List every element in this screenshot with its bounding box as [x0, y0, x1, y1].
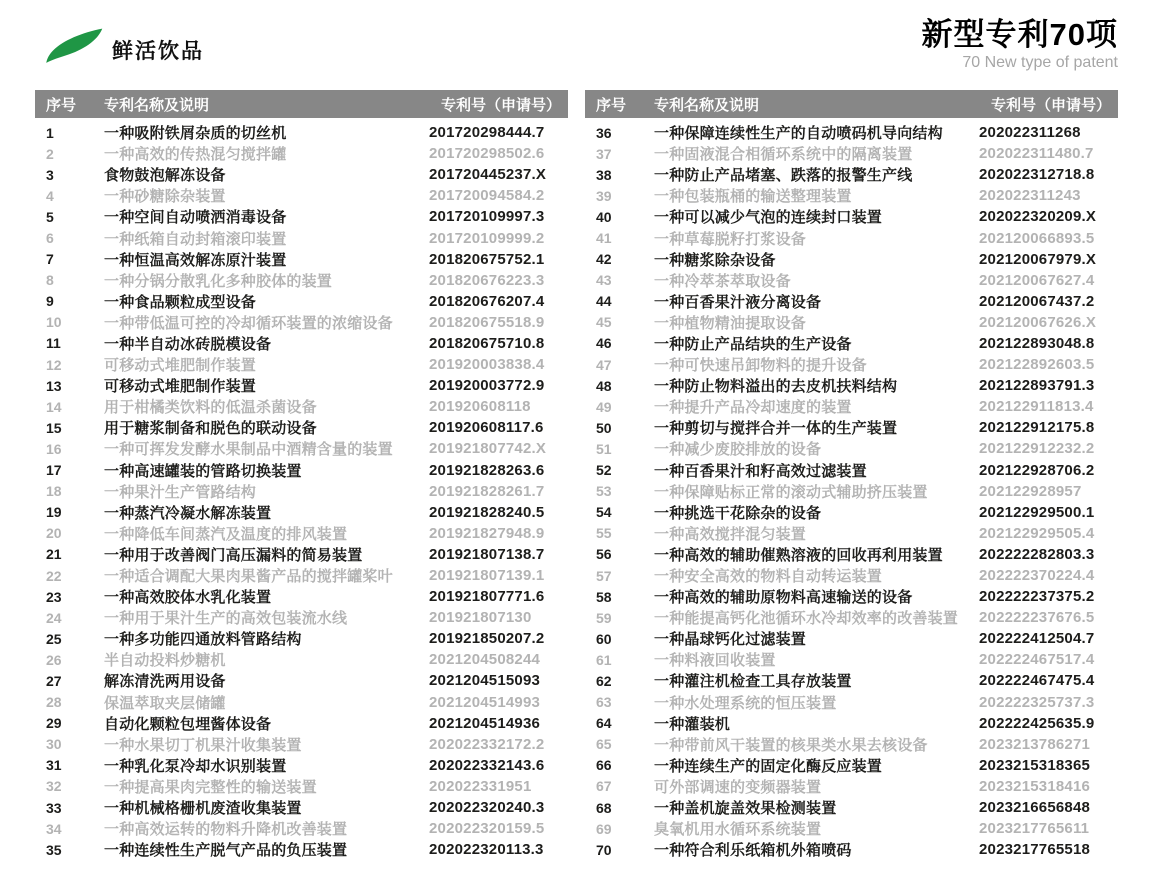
row-patent: 201921828263.6: [429, 462, 568, 479]
row-patent: 201720094584.2: [429, 187, 568, 204]
row-no: 34: [35, 821, 104, 837]
row-patent: 201921807139.1: [429, 567, 568, 584]
row-no: 7: [35, 251, 104, 267]
row-patent: 202222282803.3: [979, 546, 1118, 563]
row-patent: 202120067437.2: [979, 293, 1118, 310]
table-row: 30一种水果切丁机果汁收集装置202022332172.2: [35, 734, 568, 755]
row-patent: 201921828261.7: [429, 483, 568, 500]
row-patent: 2023215318416: [979, 778, 1118, 795]
row-no: 50: [585, 420, 654, 436]
row-patent: 201720298444.7: [429, 124, 568, 141]
row-no: 28: [35, 694, 104, 710]
row-name: 一种水处理系统的恒压装置: [654, 692, 979, 713]
table-row: 51一种减少废胶排放的设备202122912232.2: [585, 438, 1118, 459]
row-no: 37: [585, 146, 654, 162]
row-patent: 2023215318365: [979, 757, 1118, 774]
table-row: 6一种纸箱自动封箱滚印装置201720109999.2: [35, 227, 568, 248]
row-name: 一种分锅分散乳化多种胶体的装置: [104, 270, 429, 291]
row-no: 51: [585, 441, 654, 457]
row-name: 一种恒温高效解冻原汁装置: [104, 249, 429, 270]
row-name: 食物鼓泡解冻设备: [104, 164, 429, 185]
table-row: 70一种符合利乐纸箱机外箱喷码2023217765518: [585, 839, 1118, 860]
row-patent: 2023216656848: [979, 799, 1118, 816]
row-name: 一种果汁生产管路结构: [104, 481, 429, 502]
table-row: 25一种多功能四通放料管路结构201921850207.2: [35, 628, 568, 649]
row-no: 15: [35, 420, 104, 436]
row-no: 22: [35, 568, 104, 584]
row-no: 17: [35, 462, 104, 478]
title-block: 新型专利70项 70 New type of patent: [922, 18, 1118, 72]
table-row: 22一种适合调配大果肉果酱产品的搅拌罐桨叶201921807139.1: [35, 565, 568, 586]
table-row: 15用于糖浆制备和脱色的联动设备201920608117.6: [35, 417, 568, 438]
table-row: 7一种恒温高效解冻原汁装置201820675752.1: [35, 249, 568, 270]
row-no: 36: [585, 125, 654, 141]
row-patent: 202222237375.2: [979, 588, 1118, 605]
row-name: 可外部调速的变频器装置: [654, 776, 979, 797]
row-no: 25: [35, 631, 104, 647]
table-row: 57一种安全高效的物料自动转运装置202222370224.4: [585, 565, 1118, 586]
table-row: 68一种盖机旋盖效果检测装置2023216656848: [585, 797, 1118, 818]
row-patent: 202120067979.X: [979, 251, 1118, 268]
table-row: 45一种植物精油提取设备202120067626.X: [585, 312, 1118, 333]
row-name: 一种降低车间蒸汽及温度的排风装置: [104, 523, 429, 544]
row-name: 一种包装瓶桶的输送整理装置: [654, 185, 979, 206]
row-name: 一种多功能四通放料管路结构: [104, 628, 429, 649]
row-patent: 202122893791.3: [979, 377, 1118, 394]
row-no: 49: [585, 399, 654, 415]
row-patent: 2021204508244: [429, 651, 568, 668]
row-name: 用于糖浆制备和脱色的联动设备: [104, 417, 429, 438]
row-patent: 202222425635.9: [979, 715, 1118, 732]
table-row: 19一种蒸汽冷凝水解冻装置201921828240.5: [35, 502, 568, 523]
table-row: 63一种水处理系统的恒压装置202222325737.3: [585, 692, 1118, 713]
column-header-name: 专利名称及说明: [104, 94, 441, 115]
row-patent: 202122929500.1: [979, 504, 1118, 521]
row-patent: 202222412504.7: [979, 630, 1118, 647]
row-no: 16: [35, 441, 104, 457]
row-no: 52: [585, 462, 654, 478]
row-no: 30: [35, 736, 104, 752]
row-no: 12: [35, 357, 104, 373]
row-no: 10: [35, 314, 104, 330]
table-row: 59一种能提高钙化池循环水冷却效率的改善装置202222237676.5: [585, 607, 1118, 628]
row-patent: 201920608117.6: [429, 419, 568, 436]
column-header-name: 专利名称及说明: [654, 94, 991, 115]
row-name: 一种防止产品堵塞、跌落的报警生产线: [654, 164, 979, 185]
brand-name: 鲜活饮品: [112, 35, 204, 65]
row-no: 62: [585, 673, 654, 689]
row-no: 44: [585, 293, 654, 309]
row-no: 66: [585, 757, 654, 773]
row-name: 一种挑选干花除杂的设备: [654, 502, 979, 523]
row-patent: 201720298502.6: [429, 145, 568, 162]
row-patent: 202022312718.8: [979, 166, 1118, 183]
row-name: 一种保障连续性生产的自动喷码机导向结构: [654, 122, 979, 143]
row-name: 一种用于果汁生产的高效包装流水线: [104, 607, 429, 628]
row-name: 一种高效的传热混匀搅拌罐: [104, 143, 429, 164]
table-row: 34一种高效运转的物料升降机改善装置202022320159.5: [35, 818, 568, 839]
row-name: 一种料液回收装置: [654, 649, 979, 670]
row-no: 1: [35, 125, 104, 141]
row-patent: 202122911813.4: [979, 398, 1118, 415]
row-no: 11: [35, 335, 104, 351]
row-patent: 201921827948.9: [429, 525, 568, 542]
row-name: 一种符合利乐纸箱机外箱喷码: [654, 839, 979, 860]
table-row: 14用于柑橘类饮料的低温杀菌设备201920608118: [35, 396, 568, 417]
row-patent: 202022332172.2: [429, 736, 568, 753]
row-patent: 201820675518.9: [429, 314, 568, 331]
row-name: 一种提升产品冷却速度的装置: [654, 396, 979, 417]
table-row: 2一种高效的传热混匀搅拌罐201720298502.6: [35, 143, 568, 164]
row-no: 53: [585, 483, 654, 499]
row-no: 64: [585, 715, 654, 731]
row-patent: 201720445237.X: [429, 166, 568, 183]
table-row: 20一种降低车间蒸汽及温度的排风装置201921827948.9: [35, 523, 568, 544]
row-name: 一种剪切与搅拌合并一体的生产装置: [654, 417, 979, 438]
table-row: 53一种保障贴标正常的滚动式辅助挤压装置202122928957: [585, 481, 1118, 502]
row-no: 45: [585, 314, 654, 330]
row-name: 一种用于改善阀门高压漏料的简易装置: [104, 544, 429, 565]
row-name: 一种安全高效的物料自动转运装置: [654, 565, 979, 586]
table-row: 54一种挑选干花除杂的设备202122929500.1: [585, 502, 1118, 523]
row-patent: 2023213786271: [979, 736, 1118, 753]
row-patent: 201720109997.3: [429, 208, 568, 225]
table-row: 67可外部调速的变频器装置2023215318416: [585, 776, 1118, 797]
row-patent: 201921828240.5: [429, 504, 568, 521]
row-no: 61: [585, 652, 654, 668]
table-header: 序号 专利名称及说明 专利号（申请号）: [585, 90, 1118, 118]
row-patent: 201920608118: [429, 398, 568, 415]
table-row: 23一种高效胶体水乳化装置201921807771.6: [35, 586, 568, 607]
row-no: 38: [585, 167, 654, 183]
table-row: 49一种提升产品冷却速度的装置202122911813.4: [585, 396, 1118, 417]
row-name: 一种高效胶体水乳化装置: [104, 586, 429, 607]
row-patent: 201820676207.4: [429, 293, 568, 310]
row-no: 47: [585, 357, 654, 373]
row-name: 臭氧机用水循环系统装置: [654, 818, 979, 839]
row-name: 一种可挥发发酵水果制品中酒精含量的装置: [104, 438, 429, 459]
page-subtitle: 70 New type of patent: [922, 54, 1118, 72]
table-row: 33一种机械格栅机废渣收集装置202022320240.3: [35, 797, 568, 818]
table-row: 42一种糖浆除杂设备202120067979.X: [585, 249, 1118, 270]
row-patent: 201921807742.X: [429, 440, 568, 457]
row-patent: 202122892603.5: [979, 356, 1118, 373]
table-body: 36一种保障连续性生产的自动喷码机导向结构20202231126837一种固液混…: [585, 122, 1118, 860]
row-patent: 201920003772.9: [429, 377, 568, 394]
row-no: 70: [585, 842, 654, 858]
row-patent: 201920003838.4: [429, 356, 568, 373]
table-row: 43一种冷萃茶萃取设备202120067627.4: [585, 270, 1118, 291]
table-row: 40一种可以减少气泡的连续封口装置202022320209.X: [585, 206, 1118, 227]
row-patent: 202022311243: [979, 187, 1118, 204]
row-patent: 201921807138.7: [429, 546, 568, 563]
row-patent: 2023217765518: [979, 841, 1118, 858]
row-name: 一种百香果汁液分离设备: [654, 291, 979, 312]
table-row: 12可移动式堆肥制作装置201920003838.4: [35, 354, 568, 375]
row-no: 59: [585, 610, 654, 626]
row-name: 一种晶球钙化过滤装置: [654, 628, 979, 649]
row-name: 一种机械格栅机废渣收集装置: [104, 797, 429, 818]
table-row: 17一种高速罐装的管路切换装置201921828263.6: [35, 460, 568, 481]
table-row: 27解冻清洗两用设备2021204515093: [35, 670, 568, 691]
table-row: 31一种乳化泵冷却水识别装置202022332143.6: [35, 755, 568, 776]
row-name: 一种蒸汽冷凝水解冻装置: [104, 502, 429, 523]
row-name: 自动化颗粒包埋酱体设备: [104, 713, 429, 734]
row-name: 一种高效运转的物料升降机改善装置: [104, 818, 429, 839]
table-row: 21一种用于改善阀门高压漏料的简易装置201921807138.7: [35, 544, 568, 565]
row-patent: 201921850207.2: [429, 630, 568, 647]
row-patent: 201921807771.6: [429, 588, 568, 605]
row-no: 60: [585, 631, 654, 647]
table-row: 44一种百香果汁液分离设备202120067437.2: [585, 291, 1118, 312]
leaf-icon: [46, 24, 104, 68]
table-row: 18一种果汁生产管路结构201921828261.7: [35, 481, 568, 502]
column-header-patent: 专利号（申请号）: [991, 94, 1118, 115]
row-name: 一种灌注机检查工具存放装置: [654, 670, 979, 691]
row-no: 39: [585, 188, 654, 204]
table-row: 8一种分锅分散乳化多种胶体的装置201820676223.3: [35, 270, 568, 291]
row-name: 可移动式堆肥制作装置: [104, 354, 429, 375]
row-patent: 202022331951: [429, 778, 568, 795]
row-name: 一种适合调配大果肉果酱产品的搅拌罐桨叶: [104, 565, 429, 586]
row-name: 一种能提高钙化池循环水冷却效率的改善装置: [654, 607, 979, 628]
table-row: 64一种灌装机202222425635.9: [585, 713, 1118, 734]
row-patent: 202222467475.4: [979, 672, 1118, 689]
row-patent: 202022320159.5: [429, 820, 568, 837]
table-row: 46一种防止产品结块的生产设备202122893048.8: [585, 333, 1118, 354]
row-name: 一种可以减少气泡的连续封口装置: [654, 206, 979, 227]
row-no: 21: [35, 546, 104, 562]
row-no: 31: [35, 757, 104, 773]
row-patent: 202222467517.4: [979, 651, 1118, 668]
row-name: 一种半自动冰砖脱模设备: [104, 333, 429, 354]
row-patent: 202122893048.8: [979, 335, 1118, 352]
table-row: 58一种高效的辅助原物料高速输送的设备202222237375.2: [585, 586, 1118, 607]
table-row: 60一种晶球钙化过滤装置202222412504.7: [585, 628, 1118, 649]
row-no: 41: [585, 230, 654, 246]
row-name: 半自动投料炒糖机: [104, 649, 429, 670]
row-name: 一种可快速吊卸物料的提升设备: [654, 354, 979, 375]
row-patent: 2021204514993: [429, 694, 568, 711]
row-patent: 202222237676.5: [979, 609, 1118, 626]
table-row: 13可移动式堆肥制作装置201920003772.9: [35, 375, 568, 396]
row-no: 68: [585, 800, 654, 816]
row-patent: 202022320113.3: [429, 841, 568, 858]
row-no: 32: [35, 778, 104, 794]
table-row: 35一种连续性生产脱气产品的负压装置202022320113.3: [35, 839, 568, 860]
row-name: 一种固液混合相循环系统中的隔离装置: [654, 143, 979, 164]
row-patent: 2021204514936: [429, 715, 568, 732]
row-patent: 202022311480.7: [979, 145, 1118, 162]
row-no: 35: [35, 842, 104, 858]
row-name: 一种盖机旋盖效果检测装置: [654, 797, 979, 818]
row-name: 一种吸附铁屑杂质的切丝机: [104, 122, 429, 143]
patent-table-left: 序号 专利名称及说明 专利号（申请号） 1一种吸附铁屑杂质的切丝机2017202…: [35, 90, 568, 860]
table-row: 61一种料液回收装置202222467517.4: [585, 649, 1118, 670]
table-row: 16一种可挥发发酵水果制品中酒精含量的装置201921807742.X: [35, 438, 568, 459]
table-row: 56一种高效的辅助催熟溶液的回收再利用装置202222282803.3: [585, 544, 1118, 565]
row-patent: 202022332143.6: [429, 757, 568, 774]
table-row: 50一种剪切与搅拌合并一体的生产装置202122912175.8: [585, 417, 1118, 438]
row-patent: 202222370224.4: [979, 567, 1118, 584]
row-no: 8: [35, 272, 104, 288]
row-name: 一种灌装机: [654, 713, 979, 734]
patent-tables: 序号 专利名称及说明 专利号（申请号） 1一种吸附铁屑杂质的切丝机2017202…: [35, 90, 1118, 860]
row-no: 48: [585, 378, 654, 394]
row-patent: 202120067627.4: [979, 272, 1118, 289]
row-no: 46: [585, 335, 654, 351]
row-name: 一种高效搅拌混匀装置: [654, 523, 979, 544]
row-patent: 201820675752.1: [429, 251, 568, 268]
table-row: 24一种用于果汁生产的高效包装流水线201921807130: [35, 607, 568, 628]
row-name: 一种水果切丁机果汁收集装置: [104, 734, 429, 755]
row-no: 26: [35, 652, 104, 668]
table-row: 55一种高效搅拌混匀装置202122929505.4: [585, 523, 1118, 544]
row-patent: 201720109999.2: [429, 230, 568, 247]
row-name: 一种高效的辅助原物料高速输送的设备: [654, 586, 979, 607]
row-name: 一种保障贴标正常的滚动式辅助挤压装置: [654, 481, 979, 502]
row-no: 18: [35, 483, 104, 499]
row-patent: 202222325737.3: [979, 694, 1118, 711]
row-no: 3: [35, 167, 104, 183]
row-name: 一种纸箱自动封箱滚印装置: [104, 228, 429, 249]
row-no: 29: [35, 715, 104, 731]
table-row: 10一种带低温可控的冷却循环装置的浓缩设备201820675518.9: [35, 312, 568, 333]
row-patent: 2021204515093: [429, 672, 568, 689]
row-patent: 202122929505.4: [979, 525, 1118, 542]
table-row: 11一种半自动冰砖脱模设备201820675710.8: [35, 333, 568, 354]
row-name: 可移动式堆肥制作装置: [104, 375, 429, 396]
table-row: 5一种空间自动喷洒消毒设备201720109997.3: [35, 206, 568, 227]
row-no: 67: [585, 778, 654, 794]
row-no: 6: [35, 230, 104, 246]
row-no: 24: [35, 610, 104, 626]
table-row: 28保温萃取夹层储罐2021204514993: [35, 692, 568, 713]
row-no: 43: [585, 272, 654, 288]
table-row: 9一种食品颗粒成型设备201820676207.4: [35, 291, 568, 312]
row-name: 一种防止产品结块的生产设备: [654, 333, 979, 354]
row-name: 一种带前风干装置的核果类水果去核设备: [654, 734, 979, 755]
row-patent: 201820676223.3: [429, 272, 568, 289]
row-no: 65: [585, 736, 654, 752]
brand-logo: 鲜活饮品: [46, 24, 204, 68]
table-row: 52一种百香果汁和籽高效过滤装置202122928706.2: [585, 460, 1118, 481]
row-no: 5: [35, 209, 104, 225]
row-name: 一种百香果汁和籽高效过滤装置: [654, 460, 979, 481]
row-no: 40: [585, 209, 654, 225]
row-no: 27: [35, 673, 104, 689]
table-row: 37一种固液混合相循环系统中的隔离装置202022311480.7: [585, 143, 1118, 164]
row-no: 20: [35, 525, 104, 541]
row-name: 一种提高果肉完整性的输送装置: [104, 776, 429, 797]
row-no: 69: [585, 821, 654, 837]
row-no: 63: [585, 694, 654, 710]
row-patent: 202122912232.2: [979, 440, 1118, 457]
row-patent: 201921807130: [429, 609, 568, 626]
row-name: 一种砂糖除杂装置: [104, 185, 429, 206]
row-name: 一种减少废胶排放的设备: [654, 438, 979, 459]
row-name: 一种糖浆除杂设备: [654, 249, 979, 270]
row-no: 56: [585, 546, 654, 562]
column-header-no: 序号: [585, 94, 654, 115]
table-row: 48一种防止物料溢出的去皮机扶料结构202122893791.3: [585, 375, 1118, 396]
row-no: 2: [35, 146, 104, 162]
row-no: 55: [585, 525, 654, 541]
row-name: 一种草莓脱籽打浆设备: [654, 228, 979, 249]
row-no: 14: [35, 399, 104, 415]
row-name: 一种食品颗粒成型设备: [104, 291, 429, 312]
row-no: 57: [585, 568, 654, 584]
table-row: 36一种保障连续性生产的自动喷码机导向结构202022311268: [585, 122, 1118, 143]
table-row: 69臭氧机用水循环系统装置2023217765611: [585, 818, 1118, 839]
table-row: 26半自动投料炒糖机2021204508244: [35, 649, 568, 670]
row-name: 一种连续生产的固定化酶反应装置: [654, 755, 979, 776]
row-patent: 202022320240.3: [429, 799, 568, 816]
column-header-no: 序号: [35, 94, 104, 115]
row-patent: 202022320209.X: [979, 208, 1118, 225]
row-name: 一种连续性生产脱气产品的负压装置: [104, 839, 429, 860]
table-header: 序号 专利名称及说明 专利号（申请号）: [35, 90, 568, 118]
page-title: 新型专利70项: [922, 18, 1118, 52]
row-no: 54: [585, 504, 654, 520]
table-row: 65一种带前风干装置的核果类水果去核设备2023213786271: [585, 734, 1118, 755]
table-row: 3食物鼓泡解冻设备201720445237.X: [35, 164, 568, 185]
row-name: 一种乳化泵冷却水识别装置: [104, 755, 429, 776]
row-no: 13: [35, 378, 104, 394]
table-row: 32一种提高果肉完整性的输送装置202022331951: [35, 776, 568, 797]
row-patent: 202022311268: [979, 124, 1118, 141]
row-name: 解冻清洗两用设备: [104, 670, 429, 691]
row-no: 19: [35, 504, 104, 520]
table-row: 38一种防止产品堵塞、跌落的报警生产线202022312718.8: [585, 164, 1118, 185]
row-patent: 201820675710.8: [429, 335, 568, 352]
table-row: 1一种吸附铁屑杂质的切丝机201720298444.7: [35, 122, 568, 143]
table-row: 47一种可快速吊卸物料的提升设备202122892603.5: [585, 354, 1118, 375]
row-patent: 202122928957: [979, 483, 1118, 500]
row-name: 一种带低温可控的冷却循环装置的浓缩设备: [104, 312, 429, 333]
row-no: 58: [585, 589, 654, 605]
column-header-patent: 专利号（申请号）: [441, 94, 568, 115]
table-row: 39一种包装瓶桶的输送整理装置202022311243: [585, 185, 1118, 206]
row-name: 一种冷萃茶萃取设备: [654, 270, 979, 291]
row-name: 一种防止物料溢出的去皮机扶料结构: [654, 375, 979, 396]
row-patent: 202120066893.5: [979, 230, 1118, 247]
row-patent: 2023217765611: [979, 820, 1118, 837]
row-no: 42: [585, 251, 654, 267]
table-row: 41一种草莓脱籽打浆设备202120066893.5: [585, 227, 1118, 248]
table-row: 66一种连续生产的固定化酶反应装置2023215318365: [585, 755, 1118, 776]
row-name: 一种植物精油提取设备: [654, 312, 979, 333]
table-row: 62一种灌注机检查工具存放装置202222467475.4: [585, 670, 1118, 691]
row-no: 33: [35, 800, 104, 816]
row-name: 一种高速罐装的管路切换装置: [104, 460, 429, 481]
table-row: 29自动化颗粒包埋酱体设备2021204514936: [35, 713, 568, 734]
patent-table-right: 序号 专利名称及说明 专利号（申请号） 36一种保障连续性生产的自动喷码机导向结…: [585, 90, 1118, 860]
row-patent: 202122928706.2: [979, 462, 1118, 479]
row-name: 一种高效的辅助催熟溶液的回收再利用装置: [654, 544, 979, 565]
row-no: 23: [35, 589, 104, 605]
row-no: 4: [35, 188, 104, 204]
row-no: 9: [35, 293, 104, 309]
table-body: 1一种吸附铁屑杂质的切丝机201720298444.72一种高效的传热混匀搅拌罐…: [35, 122, 568, 860]
row-name: 保温萃取夹层储罐: [104, 692, 429, 713]
row-patent: 202120067626.X: [979, 314, 1118, 331]
row-name: 一种空间自动喷洒消毒设备: [104, 206, 429, 227]
row-name: 用于柑橘类饮料的低温杀菌设备: [104, 396, 429, 417]
row-patent: 202122912175.8: [979, 419, 1118, 436]
table-row: 4一种砂糖除杂装置201720094584.2: [35, 185, 568, 206]
